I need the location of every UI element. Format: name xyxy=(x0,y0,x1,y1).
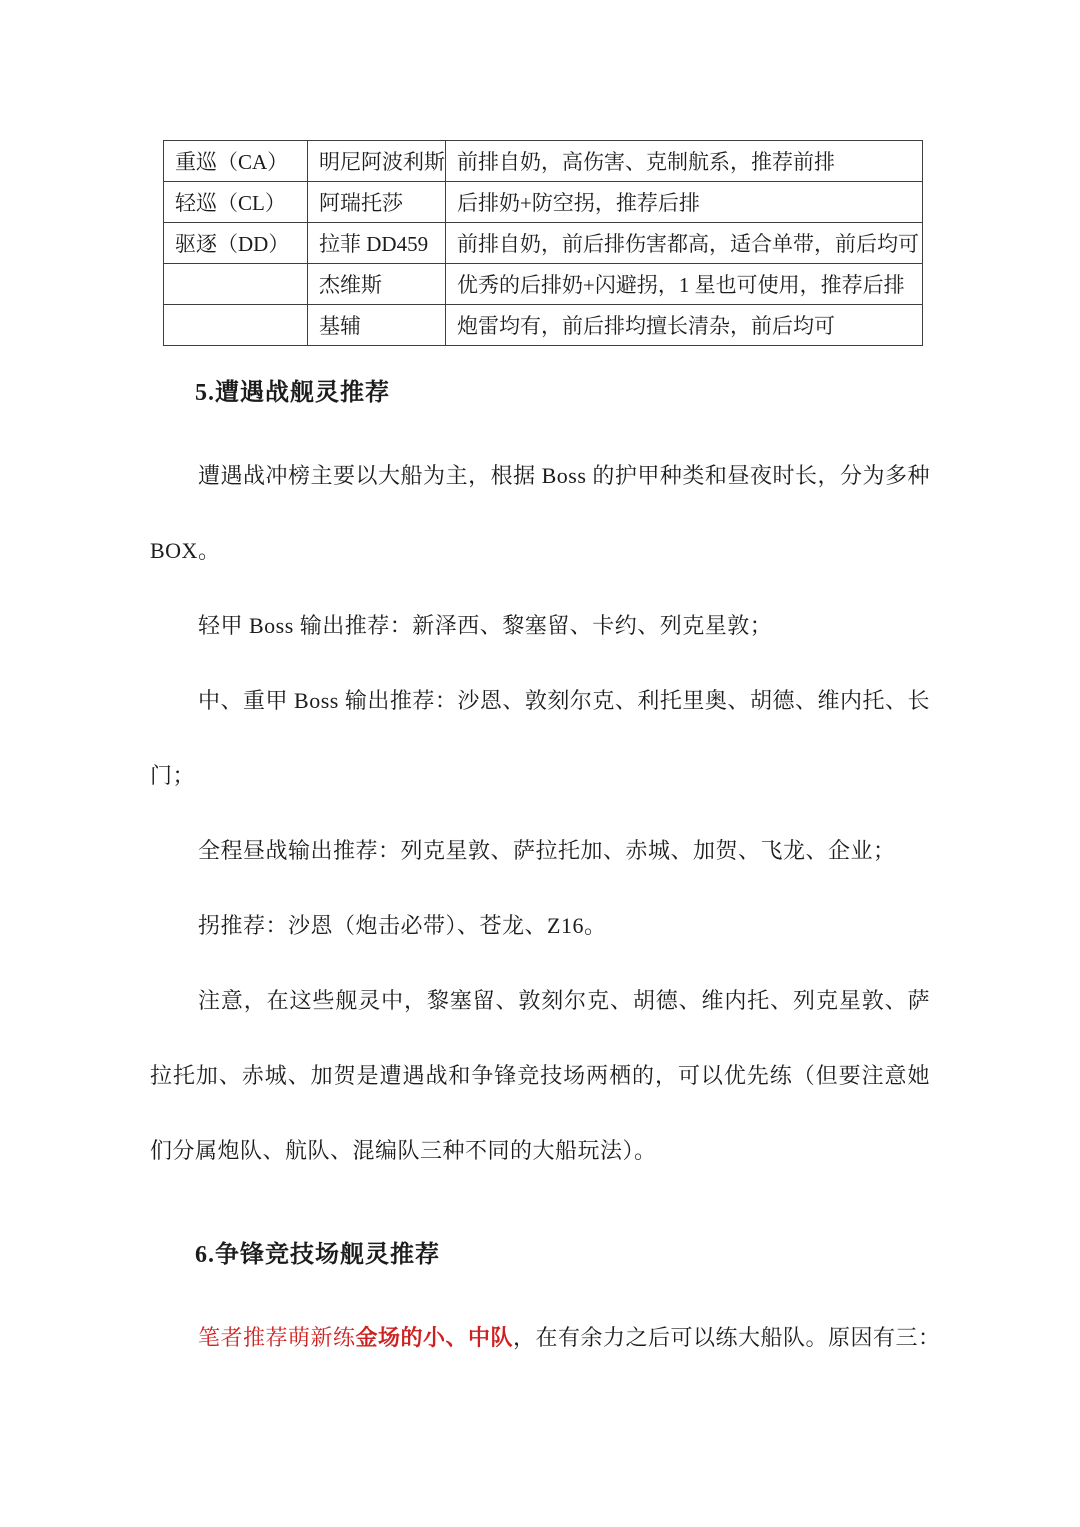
text-span: ，在有余力之后可以练大船队。原因有三： xyxy=(513,1325,941,1350)
table-cell: 后排奶+防空拐，推荐后排 xyxy=(446,182,923,223)
table-cell: 拉菲 DD459 xyxy=(308,223,446,264)
table-row: 轻巡（CL）阿瑞托莎后排奶+防空拐，推荐后排 xyxy=(164,182,923,223)
text-span: 笔者推荐萌新练 xyxy=(198,1325,356,1350)
text-span: 金场的小、中队 xyxy=(356,1325,514,1350)
table-cell: 轻巡（CL） xyxy=(164,182,308,223)
ship-recommendation-table: 重巡（CA）明尼阿波利斯前排自奶，高伤害、克制航系，推荐前排轻巡（CL）阿瑞托莎… xyxy=(163,140,923,346)
paragraph: 注意，在这些舰灵中，黎塞留、敦刻尔克、胡德、维内托、列克星敦、萨拉托加、赤城、加… xyxy=(150,963,930,1188)
paragraph: 拐推荐：沙恩（炮击必带）、苍龙、Z16。 xyxy=(150,888,930,963)
text-line: 遭遇战冲榜主要以大船为主，根据 Boss 的护甲种类和昼夜时长，分为多种 xyxy=(150,438,930,513)
section-heading: 5.遭遇战舰灵推荐 xyxy=(195,379,930,407)
text-line: BOX。 xyxy=(150,513,930,588)
table-cell: 驱逐（DD） xyxy=(164,223,308,264)
paragraph: 轻甲 Boss 输出推荐：新泽西、黎塞留、卡约、列克星敦； xyxy=(150,588,930,663)
section-heading: 6.争锋竞技场舰灵推荐 xyxy=(195,1241,930,1269)
text-line: 拐推荐：沙恩（炮击必带）、苍龙、Z16。 xyxy=(150,888,930,963)
text-line: 笔者推荐萌新练金场的小、中队，在有余力之后可以练大船队。原因有三： xyxy=(150,1300,930,1375)
table-row: 基辅炮雷均有，前后排均擅长清杂，前后均可 xyxy=(164,305,923,346)
text-line: 们分属炮队、航队、混编队三种不同的大船玩法）。 xyxy=(150,1113,930,1188)
table-cell xyxy=(164,264,308,305)
paragraph: 遭遇战冲榜主要以大船为主，根据 Boss 的护甲种类和昼夜时长，分为多种BOX。 xyxy=(150,438,930,588)
text-line: 全程昼战输出推荐：列克星敦、萨拉托加、赤城、加贺、飞龙、企业； xyxy=(150,813,930,888)
table-cell: 优秀的后排奶+闪避拐，1 星也可使用，推荐后排 xyxy=(446,264,923,305)
table-cell: 前排自奶，高伤害、克制航系，推荐前排 xyxy=(446,141,923,182)
table-cell: 前排自奶，前后排伤害都高，适合单带，前后均可 xyxy=(446,223,923,264)
table-cell: 基辅 xyxy=(308,305,446,346)
table-row: 重巡（CA）明尼阿波利斯前排自奶，高伤害、克制航系，推荐前排 xyxy=(164,141,923,182)
document-body: 5.遭遇战舰灵推荐遭遇战冲榜主要以大船为主，根据 Boss 的护甲种类和昼夜时长… xyxy=(0,379,1080,1375)
table-cell: 重巡（CA） xyxy=(164,141,308,182)
table-cell: 明尼阿波利斯 xyxy=(308,141,446,182)
table-body: 重巡（CA）明尼阿波利斯前排自奶，高伤害、克制航系，推荐前排轻巡（CL）阿瑞托莎… xyxy=(164,141,923,346)
text-line: 注意，在这些舰灵中，黎塞留、敦刻尔克、胡德、维内托、列克星敦、萨 xyxy=(150,963,930,1038)
text-line: 拉托加、赤城、加贺是遭遇战和争锋竞技场两栖的，可以优先练（但要注意她 xyxy=(150,1038,930,1113)
table-cell xyxy=(164,305,308,346)
text-line: 中、重甲 Boss 输出推荐：沙恩、敦刻尔克、利托里奥、胡德、维内托、长 xyxy=(150,663,930,738)
text-line: 门； xyxy=(150,738,930,813)
paragraph: 笔者推荐萌新练金场的小、中队，在有余力之后可以练大船队。原因有三： xyxy=(150,1300,930,1375)
paragraph: 中、重甲 Boss 输出推荐：沙恩、敦刻尔克、利托里奥、胡德、维内托、长门； xyxy=(150,663,930,813)
table-cell: 炮雷均有，前后排均擅长清杂，前后均可 xyxy=(446,305,923,346)
text-line: 轻甲 Boss 输出推荐：新泽西、黎塞留、卡约、列克星敦； xyxy=(150,588,930,663)
paragraph: 全程昼战输出推荐：列克星敦、萨拉托加、赤城、加贺、飞龙、企业； xyxy=(150,813,930,888)
table-cell: 阿瑞托莎 xyxy=(308,182,446,223)
table-row: 杰维斯优秀的后排奶+闪避拐，1 星也可使用，推荐后排 xyxy=(164,264,923,305)
table-row: 驱逐（DD）拉菲 DD459前排自奶，前后排伤害都高，适合单带，前后均可 xyxy=(164,223,923,264)
table-cell: 杰维斯 xyxy=(308,264,446,305)
document-page: 重巡（CA）明尼阿波利斯前排自奶，高伤害、克制航系，推荐前排轻巡（CL）阿瑞托莎… xyxy=(0,0,1080,1527)
